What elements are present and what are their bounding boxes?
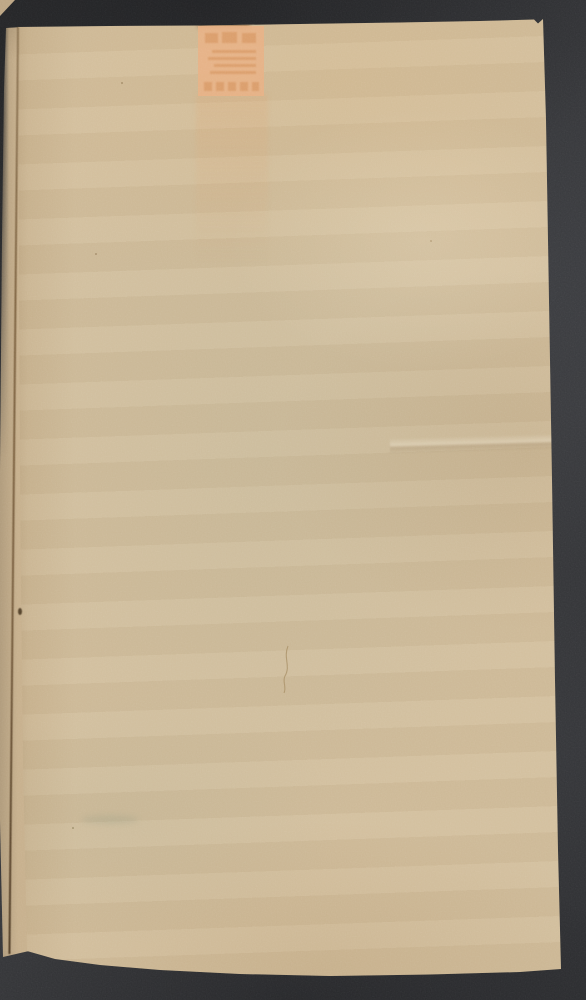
gutter-speck: [18, 608, 22, 615]
blank-book-page: [0, 0, 586, 1000]
page-aging-shading: [0, 0, 586, 1000]
paper-discoloration: [82, 815, 138, 824]
cover-edge-sliver: [0, 27, 9, 457]
stamp-ink-marks: [198, 26, 264, 96]
paper-speck: [430, 240, 432, 242]
book-scan: [0, 0, 586, 1000]
fiber-mark: [278, 644, 298, 696]
stamp-ink-streak: [196, 94, 268, 264]
paper-speck: [121, 82, 123, 84]
faded-library-stamp: [198, 26, 264, 96]
paper-speck: [95, 253, 97, 255]
